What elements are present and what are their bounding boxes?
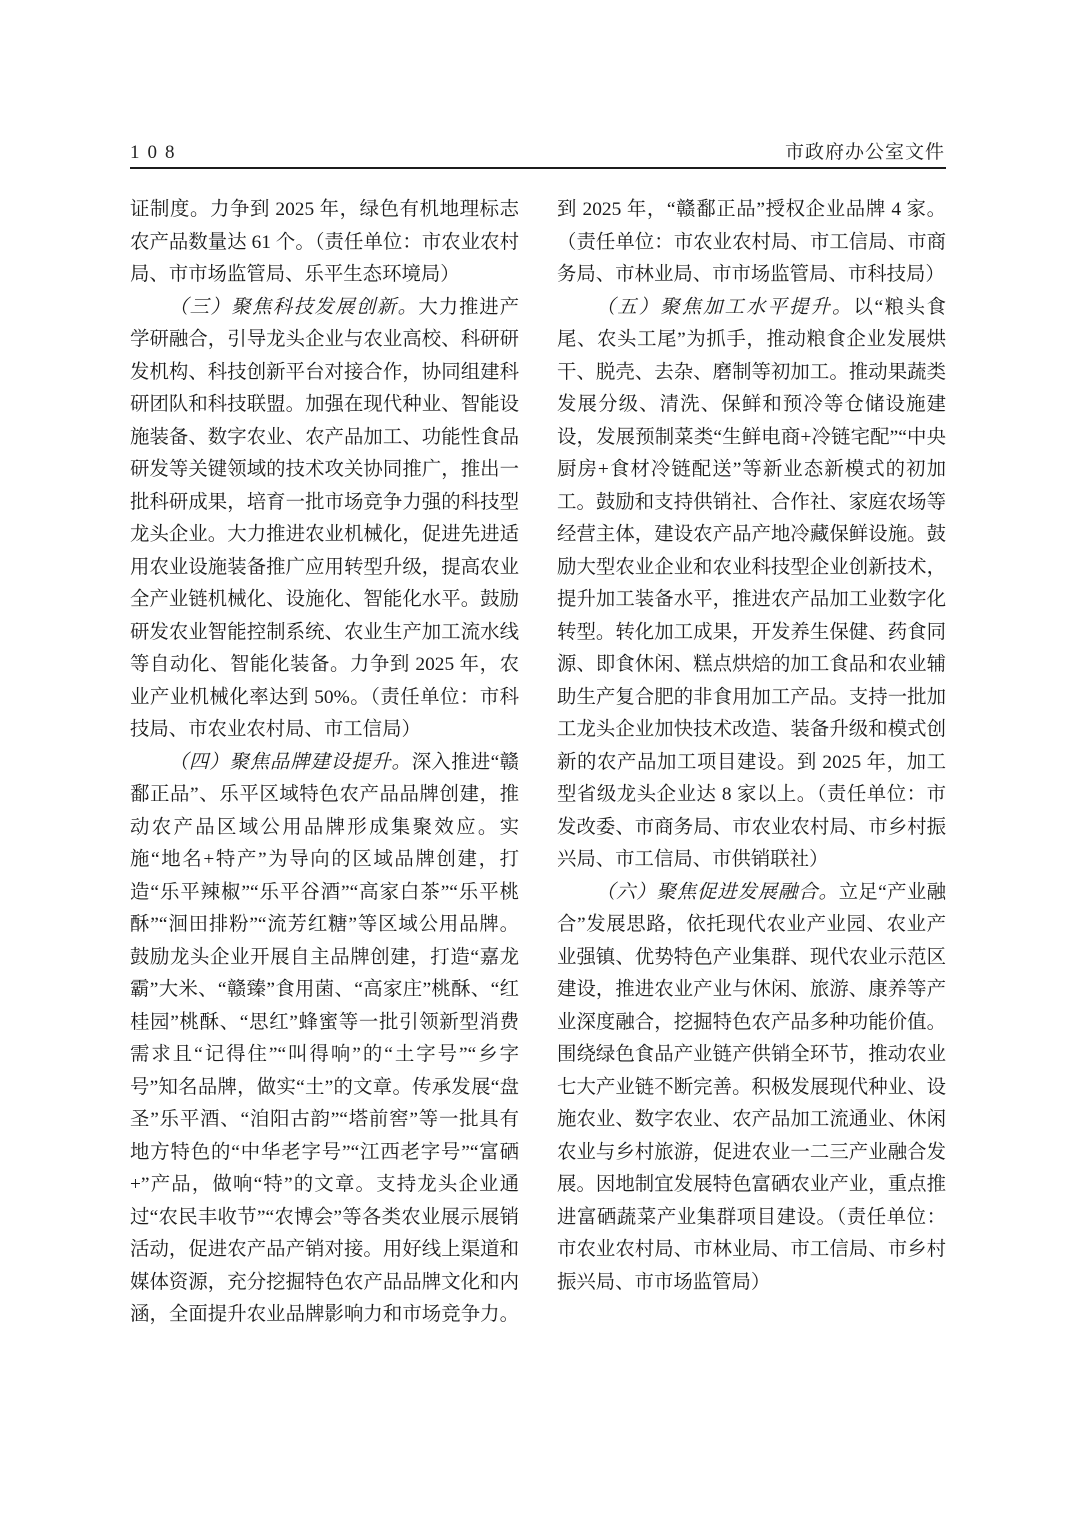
section-heading: （六）聚焦促进发展融合。 (596, 882, 839, 903)
text-flow: 证制度。力争到 2025 年，绿色有机地理标志农产品数量达 61 个。（责任单位… (130, 194, 946, 1334)
section-heading: （五）聚焦加工水平提升。 (596, 297, 854, 318)
document-page: 108 市政府办公室文件 证制度。力争到 2025 年，绿色有机地理标志农产品数… (0, 0, 1074, 1520)
page-header: 108 市政府办公室文件 (130, 140, 945, 164)
header-rule (130, 167, 946, 169)
paragraph: （三）聚焦科技发展创新。大力推进产学研融合，引导龙头企业与农业高校、科研研发机构… (130, 292, 519, 747)
page-number: 108 (130, 142, 183, 164)
section-heading: （四）聚焦品牌建设提升。 (169, 752, 412, 773)
paragraph: 证制度。力争到 2025 年，绿色有机地理标志农产品数量达 61 个。（责任单位… (130, 194, 519, 292)
header-document-label: 市政府办公室文件 (785, 137, 945, 164)
section-heading: （三）聚焦科技发展创新。 (169, 297, 419, 318)
paragraph: （六）聚焦促进发展融合。立足“产业融合”发展思路，依托现代农业产业园、农业产业强… (557, 877, 946, 1300)
paragraph: （五）聚焦加工水平提升。以“粮头食尾、农头工尾”为抓手，推动粮食企业发展烘干、脱… (557, 292, 946, 877)
